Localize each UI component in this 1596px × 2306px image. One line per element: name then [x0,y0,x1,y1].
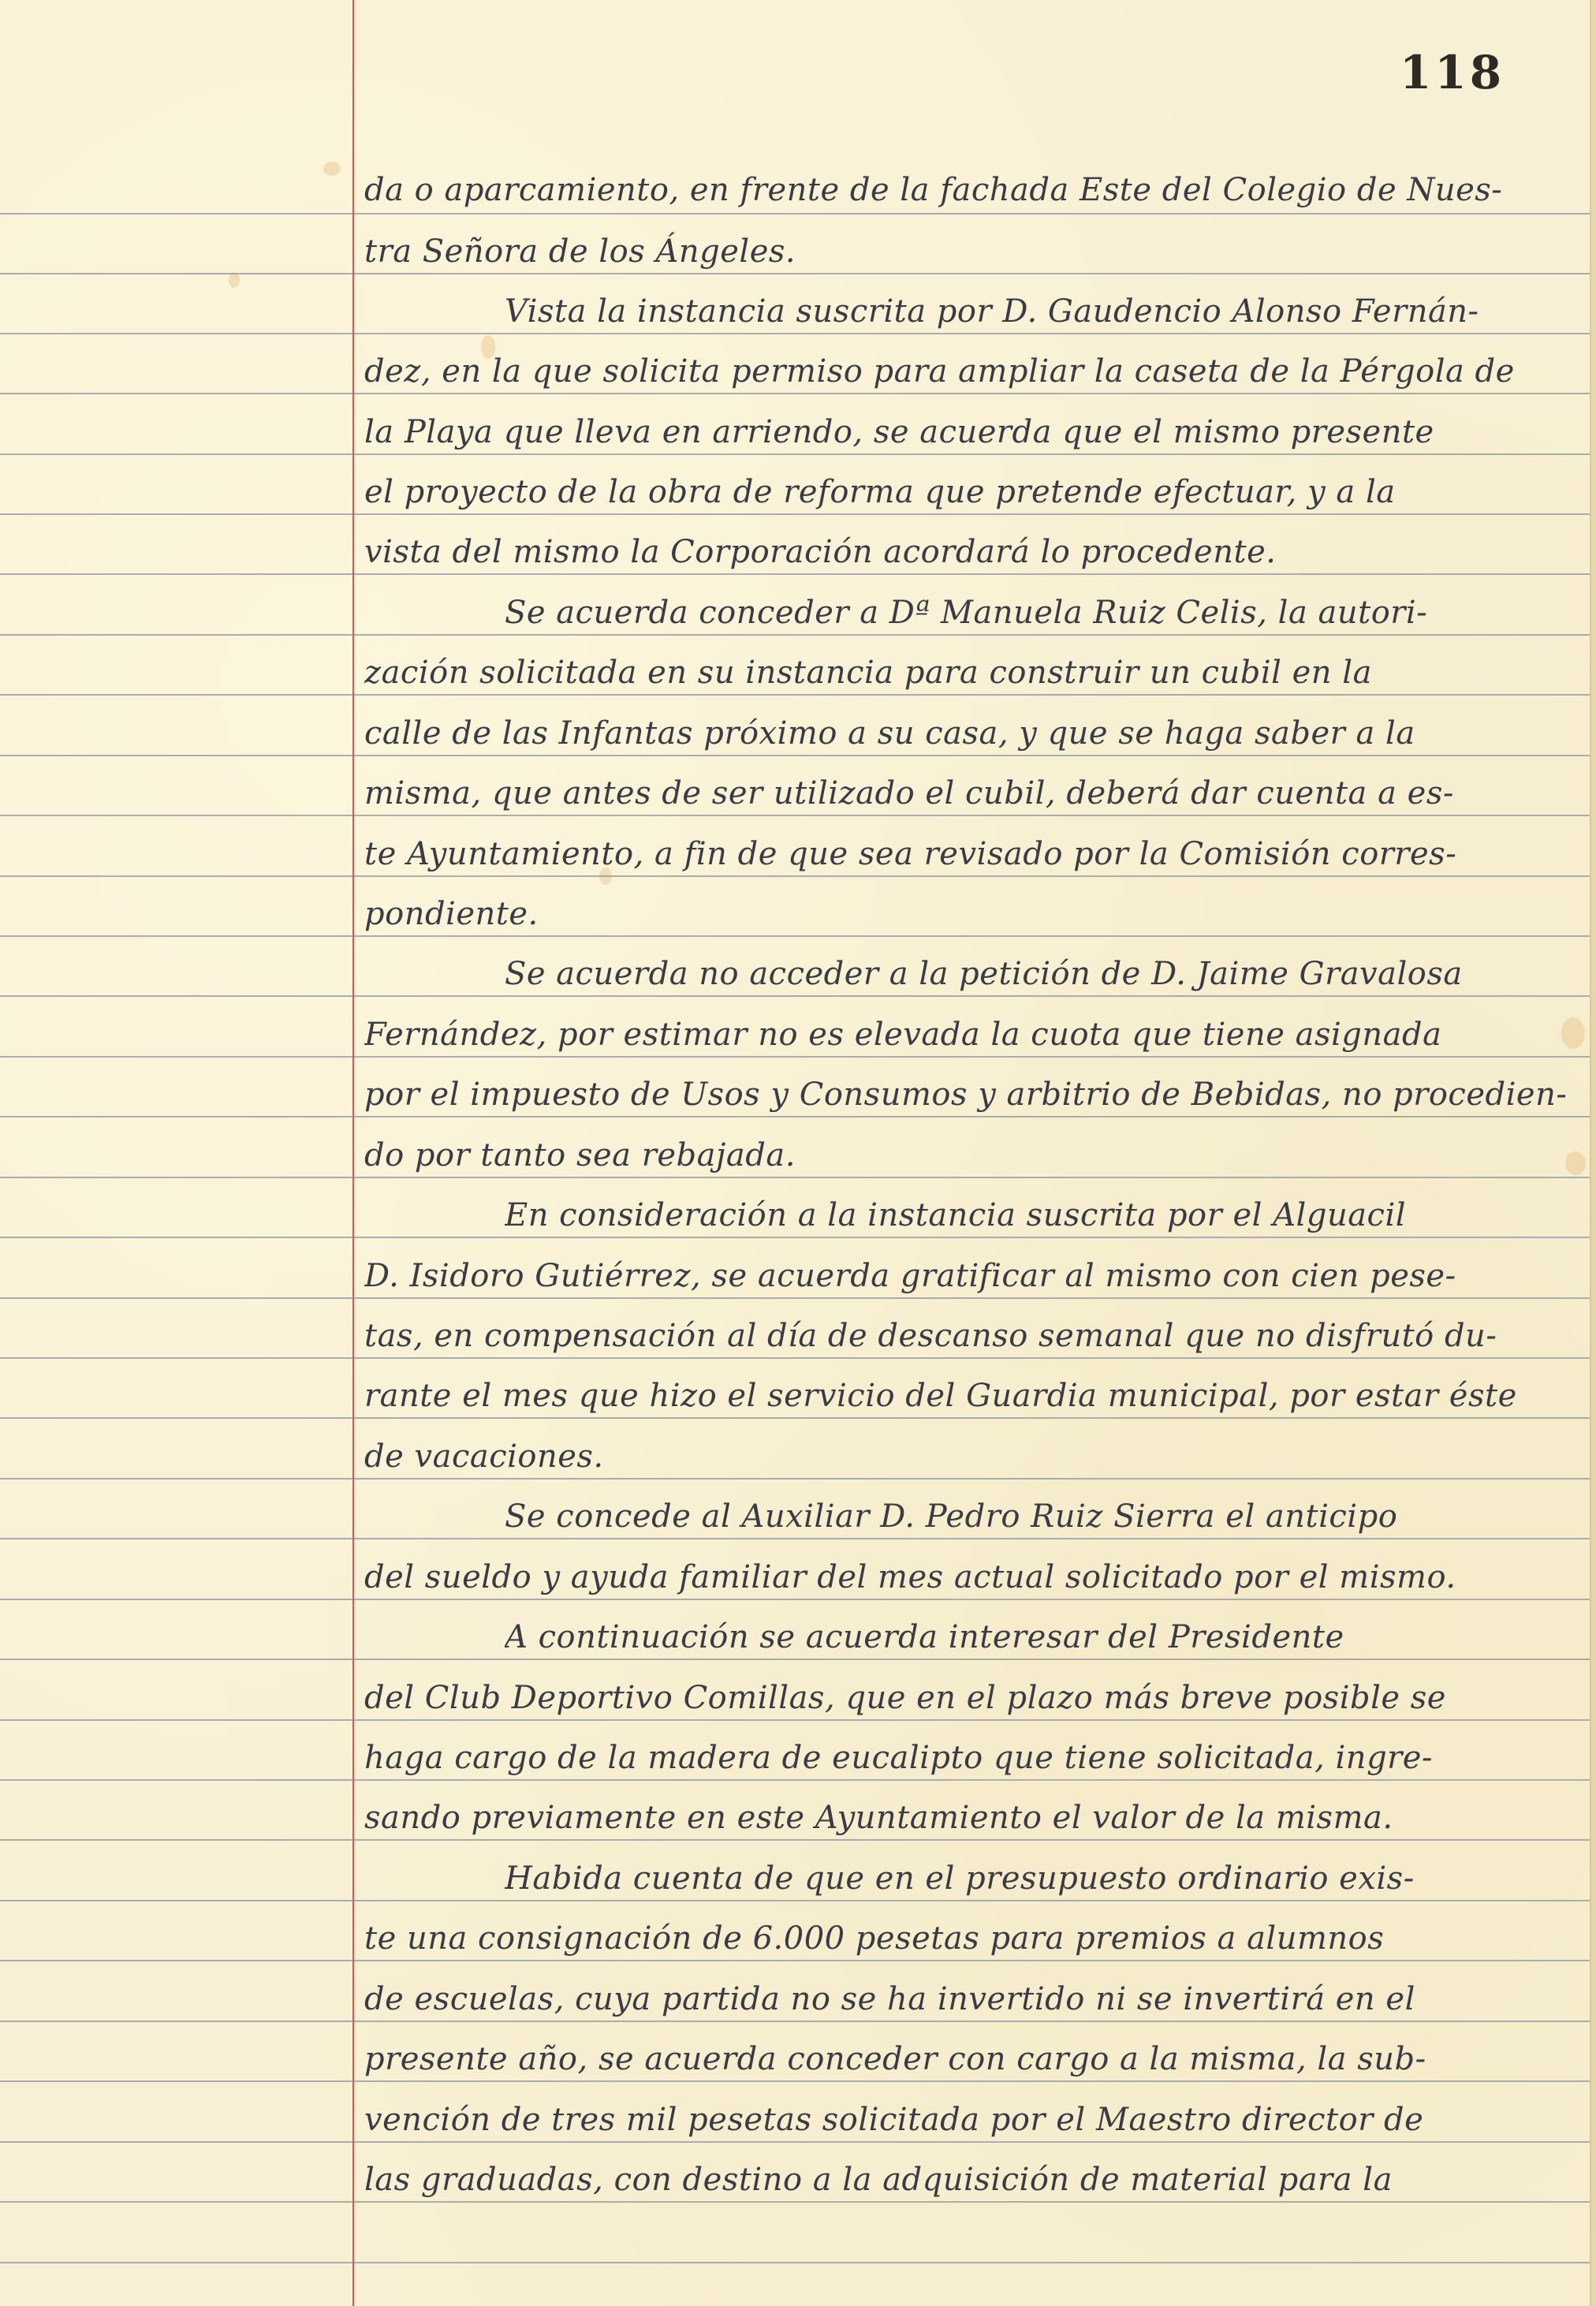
handwritten-line: da o aparcamiento, en frente de la facha… [364,166,1579,221]
handwritten-line: el proyecto de la obra de reforma que pr… [364,468,1579,523]
handwritten-line: de escuelas, cuya partida no se ha inver… [364,1975,1579,2030]
handwritten-line: A continuación se acuerda interesar del … [505,1613,1579,1668]
handwritten-line: tra Señora de los Ángeles. [364,227,1579,282]
ledger-page: 118 da o aparcamiento, en frente de la f… [0,0,1596,2306]
handwritten-line: vención de tres mil pesetas solicitada p… [364,2095,1579,2151]
handwritten-line: Vista la instancia suscrita por D. Gaude… [505,287,1579,342]
handwritten-line: la Playa que lleva en arriendo, se acuer… [364,408,1579,463]
handwritten-line: zación solicitada en su instancia para c… [364,648,1579,703]
handwritten-line: haga cargo de la madera de eucalipto que… [364,1733,1579,1789]
handwritten-line: del Club Deportivo Comillas, que en el p… [364,1674,1579,1729]
handwritten-line: D. Isidoro Gutiérrez, se acuerda gratifi… [364,1252,1579,1307]
handwritten-line: de vacaciones. [364,1432,1579,1487]
page-number: 118 [1400,46,1505,99]
handwritten-line: por el impuesto de Usos y Consumos y arb… [364,1070,1579,1125]
handwritten-line: Se concede al Auxiliar D. Pedro Ruiz Sie… [505,1492,1579,1547]
handwritten-line: vista del mismo la Corporación acordará … [364,528,1579,583]
page-edge-shadow [1591,0,1596,2306]
handwritten-line: Se acuerda no acceder a la petición de D… [505,950,1579,1005]
handwritten-line: calle de las Infantas próximo a su casa,… [364,709,1579,764]
paper-stain [229,272,240,288]
handwritten-line: sando previamente en este Ayuntamiento e… [364,1793,1579,1849]
red-margin-line [352,0,354,2306]
handwritten-line: misma, que antes de ser utilizado el cub… [364,769,1579,824]
handwritten-line: del sueldo y ayuda familiar del mes actu… [364,1553,1579,1608]
handwritten-line: te Ayuntamiento, a fin de que sea revisa… [364,830,1579,885]
paper-stain [323,162,341,176]
handwritten-line: te una consignación de 6.000 pesetas par… [364,1914,1579,1969]
handwritten-line: rante el mes que hizo el servicio del Gu… [364,1371,1579,1427]
handwritten-line: do por tanto sea rebajada. [364,1131,1579,1186]
handwritten-line: Habida cuenta de que en el presupuesto o… [505,1854,1579,1909]
handwritten-line: pondiente. [364,890,1579,945]
handwritten-line: presente año, se acuerda conceder con ca… [364,2035,1579,2090]
handwritten-line: las graduadas, con destino a la adquisic… [364,2155,1579,2211]
ruled-line [0,2262,1590,2263]
handwritten-line: En consideración a la instancia suscrita… [505,1191,1579,1246]
handwritten-line: dez, en la que solicita permiso para amp… [364,347,1579,402]
handwritten-line: Fernández, por estimar no es elevada la … [364,1010,1579,1065]
handwritten-line: Se acuerda conceder a Dª Manuela Ruiz Ce… [505,588,1579,644]
handwritten-line: tas, en compensación al día de descanso … [364,1312,1579,1367]
